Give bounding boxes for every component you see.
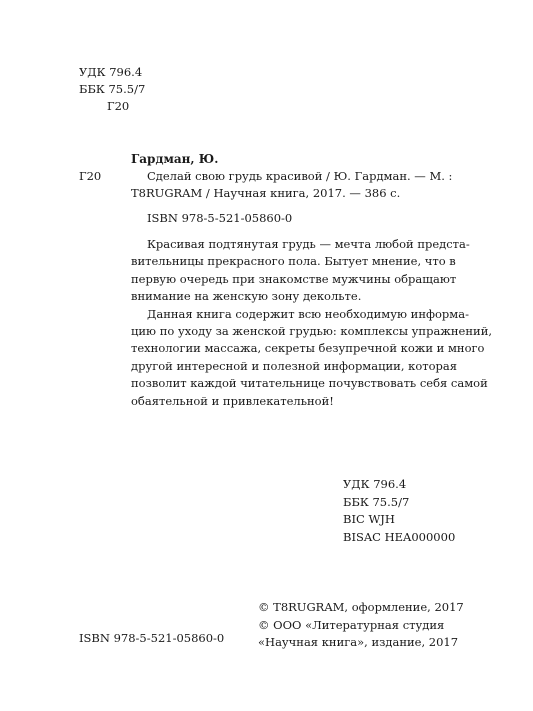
annotation-line: Красивая подтянутая грудь — мечта любой … bbox=[131, 236, 447, 253]
bibliographic-description: Сделай свою грудь красивой / Ю. Гардман.… bbox=[131, 168, 447, 202]
annotation-line: вительницы прекрасного пола. Бытует мнен… bbox=[131, 253, 447, 270]
copyright-line: © T8RUGRAM, оформление, 2017 bbox=[258, 599, 464, 617]
cutter-code: Г20 bbox=[79, 98, 145, 115]
title-line-2: T8RUGRAM / Научная книга, 2017. — 386 с. bbox=[131, 185, 447, 202]
copyright-line: «Научная книга», издание, 2017 bbox=[258, 634, 464, 652]
isbn-record: ISBN 978-5-521-05860-0 bbox=[147, 210, 292, 227]
annotation: Красивая подтянутая грудь — мечта любой … bbox=[131, 236, 447, 410]
annotation-line: цию по уходу за женской грудью: комплекс… bbox=[131, 323, 447, 340]
udk-code: УДК 796.4 bbox=[343, 476, 455, 494]
author-heading: Гардман, Ю. bbox=[131, 151, 218, 168]
annotation-line: другой интересной и полезной информации,… bbox=[131, 358, 447, 375]
isbn-footer: ISBN 978-5-521-05860-0 bbox=[79, 630, 224, 647]
bic-code: BIC WJH bbox=[343, 511, 455, 529]
annotation-line: позволит каждой читательнице почувствова… bbox=[131, 375, 447, 392]
annotation-line: Данная книга содержит всю необходимую ин… bbox=[131, 306, 447, 323]
bbk-code: ББК 75.5/7 bbox=[79, 81, 145, 98]
classification-codes-bottom: УДК 796.4 ББК 75.5/7 BIC WJH BISAC HEA00… bbox=[343, 476, 455, 546]
bbk-code: ББК 75.5/7 bbox=[343, 494, 455, 512]
annotation-line: технологии массажа, секреты безупречной … bbox=[131, 340, 447, 357]
cutter-mark: Г20 bbox=[79, 168, 101, 185]
udk-code: УДК 796.4 bbox=[79, 64, 145, 81]
copyright-block: © T8RUGRAM, оформление, 2017 © ООО «Лите… bbox=[258, 599, 464, 652]
annotation-line: обаятельной и привлекательной! bbox=[131, 393, 447, 410]
copyright-line: © ООО «Литературная студия bbox=[258, 617, 464, 635]
annotation-line: первую очередь при знакомстве мужчины об… bbox=[131, 271, 447, 288]
bisac-code: BISAC HEA000000 bbox=[343, 529, 455, 547]
classification-codes-top: УДК 796.4 ББК 75.5/7 Г20 bbox=[79, 64, 145, 115]
annotation-line: внимание на женскую зону декольте. bbox=[131, 288, 447, 305]
title-line-1: Сделай свою грудь красивой / Ю. Гардман.… bbox=[131, 168, 447, 185]
